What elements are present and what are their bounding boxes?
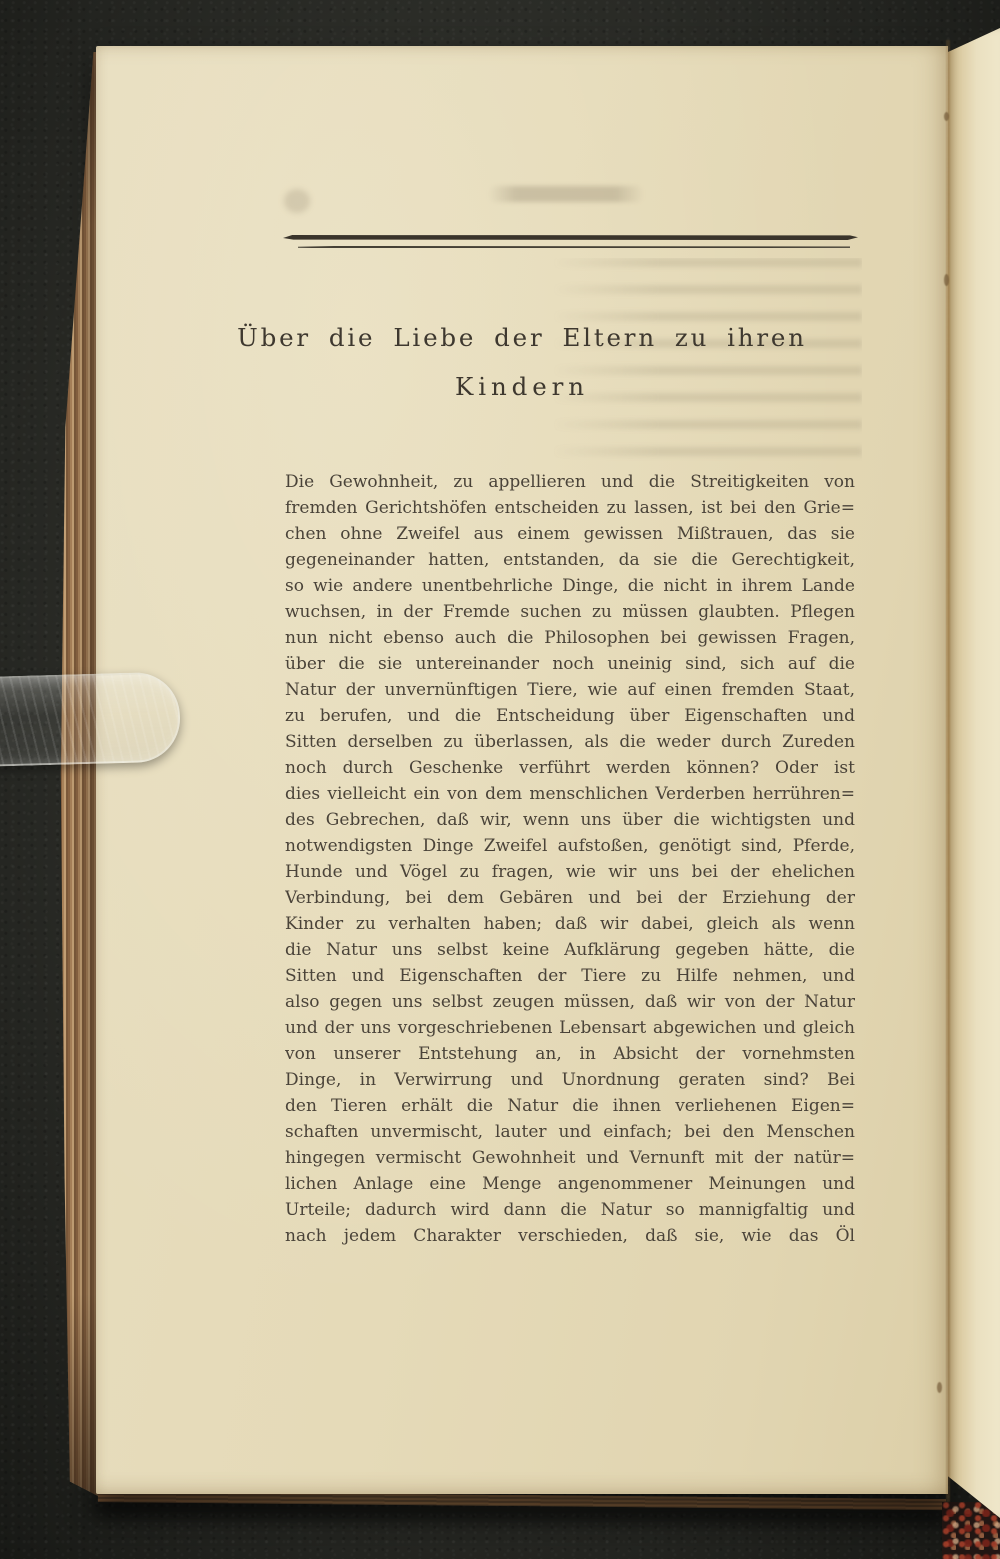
body-line: noch durch Geschenke verführt werden kön…: [285, 755, 855, 781]
gutter-crease: [946, 40, 950, 1502]
gutter-speck: [944, 274, 949, 286]
facing-page-gutter: [948, 28, 1000, 1518]
body-line: über die sie untereinander noch uneinig …: [285, 651, 855, 677]
chapter-heading: Über die Liebe der Eltern zu ihren Kinde…: [96, 314, 948, 412]
page-edge-stack-left: [60, 52, 98, 1496]
body-line: lichen Anlage eine Menge angenommener Me…: [285, 1171, 855, 1197]
body-line: Verbindung, bei dem Gebären und bei der …: [285, 885, 855, 911]
body-line: so wie andere unentbehrliche Dinge, die …: [285, 573, 855, 599]
body-line: zu berufen, und die Entscheidung über Ei…: [285, 703, 855, 729]
gutter-speck: [937, 1382, 942, 1393]
book-page: Über die Liebe der Eltern zu ihren Kinde…: [96, 46, 948, 1494]
showthrough-running-head: [488, 186, 644, 202]
body-line: gegeneinander hatten, entstanden, da sie…: [285, 547, 855, 573]
photographed-book-scene: Über die Liebe der Eltern zu ihren Kinde…: [0, 0, 1000, 1559]
body-line: Natur der unvernünftigen Tiere, wie auf …: [285, 677, 855, 703]
body-line: die Natur uns selbst keine Aufklärung ge…: [285, 937, 855, 963]
body-line: also gegen uns selbst zeugen müssen, daß…: [285, 989, 855, 1015]
body-line: Die Gewohnheit, zu appellieren und die S…: [285, 469, 855, 495]
body-line: nach jedem Charakter verschieden, daß si…: [285, 1223, 855, 1249]
body-line: chen ohne Zweifel aus einem gewissen Miß…: [285, 521, 855, 547]
body-line: Dinge, in Verwirrung und Unordnung gerat…: [285, 1067, 855, 1093]
body-line: Urteile; dadurch wird dann die Natur so …: [285, 1197, 855, 1223]
body-line: nun nicht ebenso auch die Philosophen be…: [285, 625, 855, 651]
ornamental-rule-thick: [283, 235, 858, 240]
body-line: von unserer Entstehung an, in Absicht de…: [285, 1041, 855, 1067]
ornamental-rule-thin: [298, 246, 850, 248]
body-line: Kinder zu verhalten haben; daß wir dabei…: [285, 911, 855, 937]
chapter-heading-line1: Über die Liebe der Eltern zu ihren: [96, 314, 948, 362]
body-line: des Gebrechen, daß wir, wenn uns über di…: [285, 807, 855, 833]
body-line: Sitten und Eigenschaften der Tiere zu Hi…: [285, 963, 855, 989]
page-holder-strip: [0, 671, 181, 766]
body-line: Hunde und Vögel zu fragen, wie wir uns b…: [285, 859, 855, 885]
body-line: dies vielleicht ein von dem menschlichen…: [285, 781, 855, 807]
body-line: wuchsen, in der Fremde suchen zu müssen …: [285, 599, 855, 625]
body-line: fremden Gerichtshöfen entscheiden zu las…: [285, 495, 855, 521]
showthrough-blob: [284, 189, 310, 213]
body-line: hingegen vermischt Gewohnheit und Vernun…: [285, 1145, 855, 1171]
body-line: den Tieren erhält die Natur die ihnen ve…: [285, 1093, 855, 1119]
gutter-speck: [944, 112, 949, 121]
body-line: schaften unvermischt, lauter und einfach…: [285, 1119, 855, 1145]
body-line: notwendigsten Dinge Zweifel aufstoßen, g…: [285, 833, 855, 859]
chapter-heading-line2: Kindern: [96, 362, 948, 412]
body-line: und der uns vorgeschriebenen Lebensart a…: [285, 1015, 855, 1041]
body-line: Sitten derselben zu überlassen, als die …: [285, 729, 855, 755]
body-text: Die Gewohnheit, zu appellieren und die S…: [285, 469, 855, 1249]
